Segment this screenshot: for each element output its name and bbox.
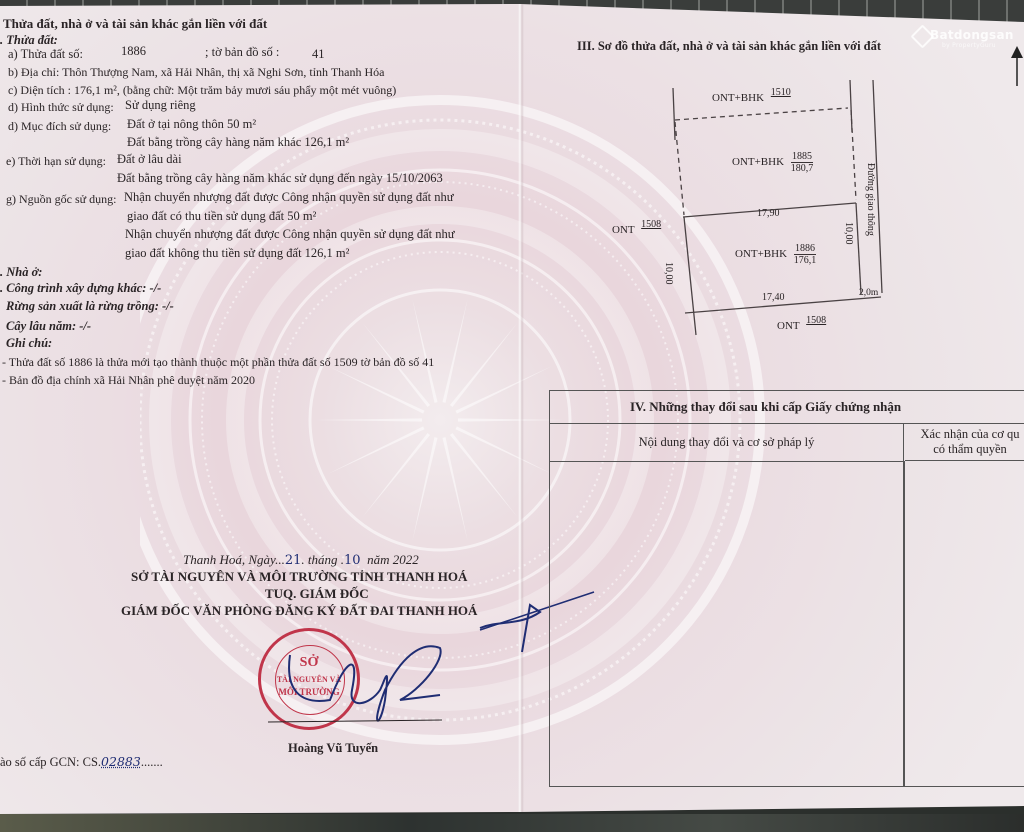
- origin-value-2: giao đất có thu tiền sử dụng đất 50 m²: [127, 208, 316, 224]
- dimension-left: 10,00: [660, 262, 676, 285]
- place-date-prefix: Thanh Hoá, Ngày...: [183, 552, 285, 567]
- parcel-label-1508-west: ONT 1508: [612, 222, 661, 239]
- certificate-paper: Thửa đất, nhà ở và tài sản khác gắn liền…: [0, 0, 1024, 818]
- parcel-number-label: a) Thửa đất số:: [8, 46, 83, 62]
- section-title-site-plan: III. Sơ đồ thửa đất, nhà ở và tài sản kh…: [577, 38, 881, 54]
- usage-term-value-2: Đất bằng trồng cây hàng năm khác sử dụng…: [117, 170, 443, 186]
- parcel-label-1510: ONT+BHK 1510: [712, 90, 791, 107]
- map-sheet-label: ; tờ bản đồ số :: [205, 44, 279, 60]
- parcel-label-1508-south: ONT 1508: [777, 318, 826, 335]
- month-label: . tháng .: [301, 552, 344, 567]
- house-heading: . Nhà ở:: [0, 264, 42, 280]
- column-header-change-content: Nội dung thay đổi và cơ sở pháp lý: [550, 423, 904, 462]
- column-header-confirmation: Xác nhận của cơ qu có thẩm quyền: [905, 423, 1024, 461]
- signer-title: GIÁM ĐỐC VĂN PHÒNG ĐĂNG KÝ ĐẤT ĐAI THANH…: [121, 603, 477, 619]
- perennial-trees: Cây lâu năm: -/-: [6, 318, 91, 334]
- on-behalf-of: TUQ. GIÁM ĐỐC: [265, 586, 369, 602]
- date-day: 21: [285, 553, 302, 568]
- registry-label: ào số cấp GCN: CS.: [0, 755, 101, 769]
- section-title-parcel-info: Thửa đất, nhà ở và tài sản khác gắn liền…: [3, 16, 267, 32]
- signer-name: Hoàng Vũ Tuyến: [288, 740, 378, 756]
- parcel-label-1886: ONT+BHK 1886 176,1: [735, 243, 816, 266]
- place-date: Thanh Hoá, Ngày...21. tháng .10 năm 2022: [183, 552, 419, 569]
- registry-trail: .......: [141, 755, 163, 769]
- road-label: Đường giao thông: [862, 163, 878, 236]
- production-forest: Rừng sản xuất là rừng trồng: -/-: [6, 298, 174, 314]
- north-arrow-icon: [1010, 46, 1024, 86]
- registry-value: 02883: [101, 754, 141, 769]
- parcel-number-value: 1886: [121, 43, 146, 59]
- usage-purpose-value-1: Đất ở tại nông thôn 50 m²: [127, 116, 256, 132]
- year-label: năm 2022: [367, 552, 419, 567]
- parcel-label-1885: ONT+BHK 1885 180,7: [732, 151, 813, 174]
- origin-label: g) Nguồn gốc sử dụng:: [6, 191, 117, 207]
- official-red-stamp: SỞ TÀI NGUYÊN VÀ MÔI TRƯỜNG: [258, 628, 360, 730]
- notes-heading: Ghi chú:: [6, 335, 52, 351]
- map-sheet-value: 41: [312, 46, 325, 62]
- parcel-area: c) Diện tích : 176,1 m², (bằng chữ: Một …: [8, 82, 396, 98]
- background-surface-bottom: [0, 814, 1024, 832]
- usage-purpose-value-2: Đất bằng trồng cây hàng năm khác 126,1 m…: [127, 134, 349, 150]
- registry-number: ào số cấp GCN: CS.02883.......: [0, 754, 163, 770]
- page-fold: [518, 0, 524, 818]
- batdongsan-watermark: Batdongsan by PropertyGuru: [930, 28, 1014, 49]
- origin-value-1: Nhận chuyển nhượng đất được Công nhận qu…: [124, 189, 454, 205]
- usage-form-value: Sử dụng riêng: [125, 97, 196, 113]
- other-construction: . Công trình xây dựng khác: -/-: [0, 280, 161, 296]
- changes-table: IV. Những thay đổi sau khi cấp Giấy chứn…: [549, 390, 1024, 787]
- usage-purpose-label: d) Mục đích sử dụng:: [8, 118, 111, 134]
- note-2: - Bản đồ địa chính xã Hải Nhân phê duyệt…: [2, 372, 255, 388]
- usage-term-value-1: Đất ở lâu dài: [117, 151, 182, 167]
- date-month: 10: [344, 553, 361, 568]
- dimension-right: 10,00: [840, 222, 856, 245]
- issuing-agency: SỞ TÀI NGUYÊN VÀ MÔI TRƯỜNG TỈNH THANH H…: [131, 569, 467, 585]
- dimension-bottom: 17,40: [762, 290, 785, 306]
- parcel-address: b) Địa chỉ: Thôn Thượng Nam, xã Hải Nhân…: [8, 64, 384, 80]
- changes-table-title: IV. Những thay đổi sau khi cấp Giấy chứn…: [550, 391, 1024, 424]
- origin-value-3: Nhận chuyển nhượng đất được Công nhận qu…: [125, 226, 455, 242]
- note-1: - Thửa đất số 1886 là thửa mới tạo thành…: [2, 354, 434, 370]
- dimension-road-gap: 2,0m: [859, 285, 878, 301]
- dimension-top: 17,90: [757, 206, 780, 222]
- confirmation-cell: [905, 461, 1024, 786]
- origin-value-4: giao đất không thu tiền sử dụng đất 126,…: [125, 245, 349, 261]
- change-content-cell: [550, 461, 903, 786]
- usage-form-label: d) Hình thức sử dụng:: [8, 99, 114, 115]
- usage-term-label: e) Thời hạn sử dụng:: [6, 153, 106, 169]
